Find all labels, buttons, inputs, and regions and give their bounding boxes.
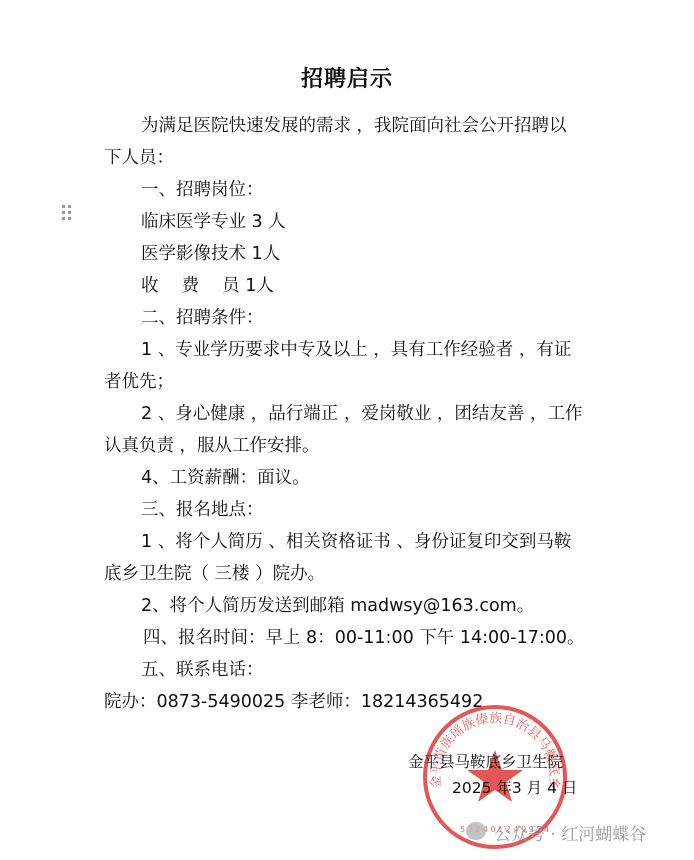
intro-text: 为满足医院快速发展的需求 ，我院面向社会公开招聘以 (141, 114, 567, 138)
condition-item: 1 、专业学历要求中专及以上 ，具有工作经验者 ，有证 (141, 338, 571, 362)
watermark-text: 公众号 · 红河蝴蝶谷 (494, 820, 646, 845)
section-heading-contact: 五、联系电话： (141, 658, 264, 682)
position-item: 收 费 员 1人 (141, 274, 274, 298)
condition-item: 4、工资薪酬：面议。 (141, 466, 310, 490)
condition-item: 2 、身心健康 ，品行端正 ，爱岗敬业 ，团结友善 ，工作 (141, 402, 582, 426)
section-registration-time: 四、报名时间：早上 8：00-11:00 下午 14:00-17:00。 (143, 626, 585, 650)
intro-text-cont: 下人员： (104, 146, 174, 170)
condition-item-cont: 者优先； (104, 370, 174, 394)
drag-handle-icon[interactable] (62, 205, 72, 221)
location-item-cont: 底乡卫生院（ 三楼 ）院办。 (104, 562, 325, 586)
signature-date: 2025 年3 月 4 日 (452, 776, 577, 798)
signature-organization: 金平县马鞍底乡卫生院 (408, 750, 563, 772)
wechat-icon (466, 822, 486, 840)
location-item: 1 、将个人简历 、相关资格证书 、身份证复印交到马鞍 (141, 530, 571, 554)
location-item-email: 2、将个人简历发送到邮箱 madwsy@163.com。 (141, 594, 534, 618)
section-heading-positions: 一、招聘岗位： (141, 178, 264, 202)
position-item: 医学影像技术 1人 (141, 242, 280, 266)
condition-item-cont: 认真负责 ，服从工作安排。 (104, 434, 320, 458)
section-heading-conditions: 二、招聘条件： (141, 306, 264, 330)
document-title: 招聘启示 (0, 62, 694, 93)
position-item: 临床医学专业 3 人 (141, 210, 286, 234)
section-heading-location: 三、报名地点： (141, 498, 264, 522)
